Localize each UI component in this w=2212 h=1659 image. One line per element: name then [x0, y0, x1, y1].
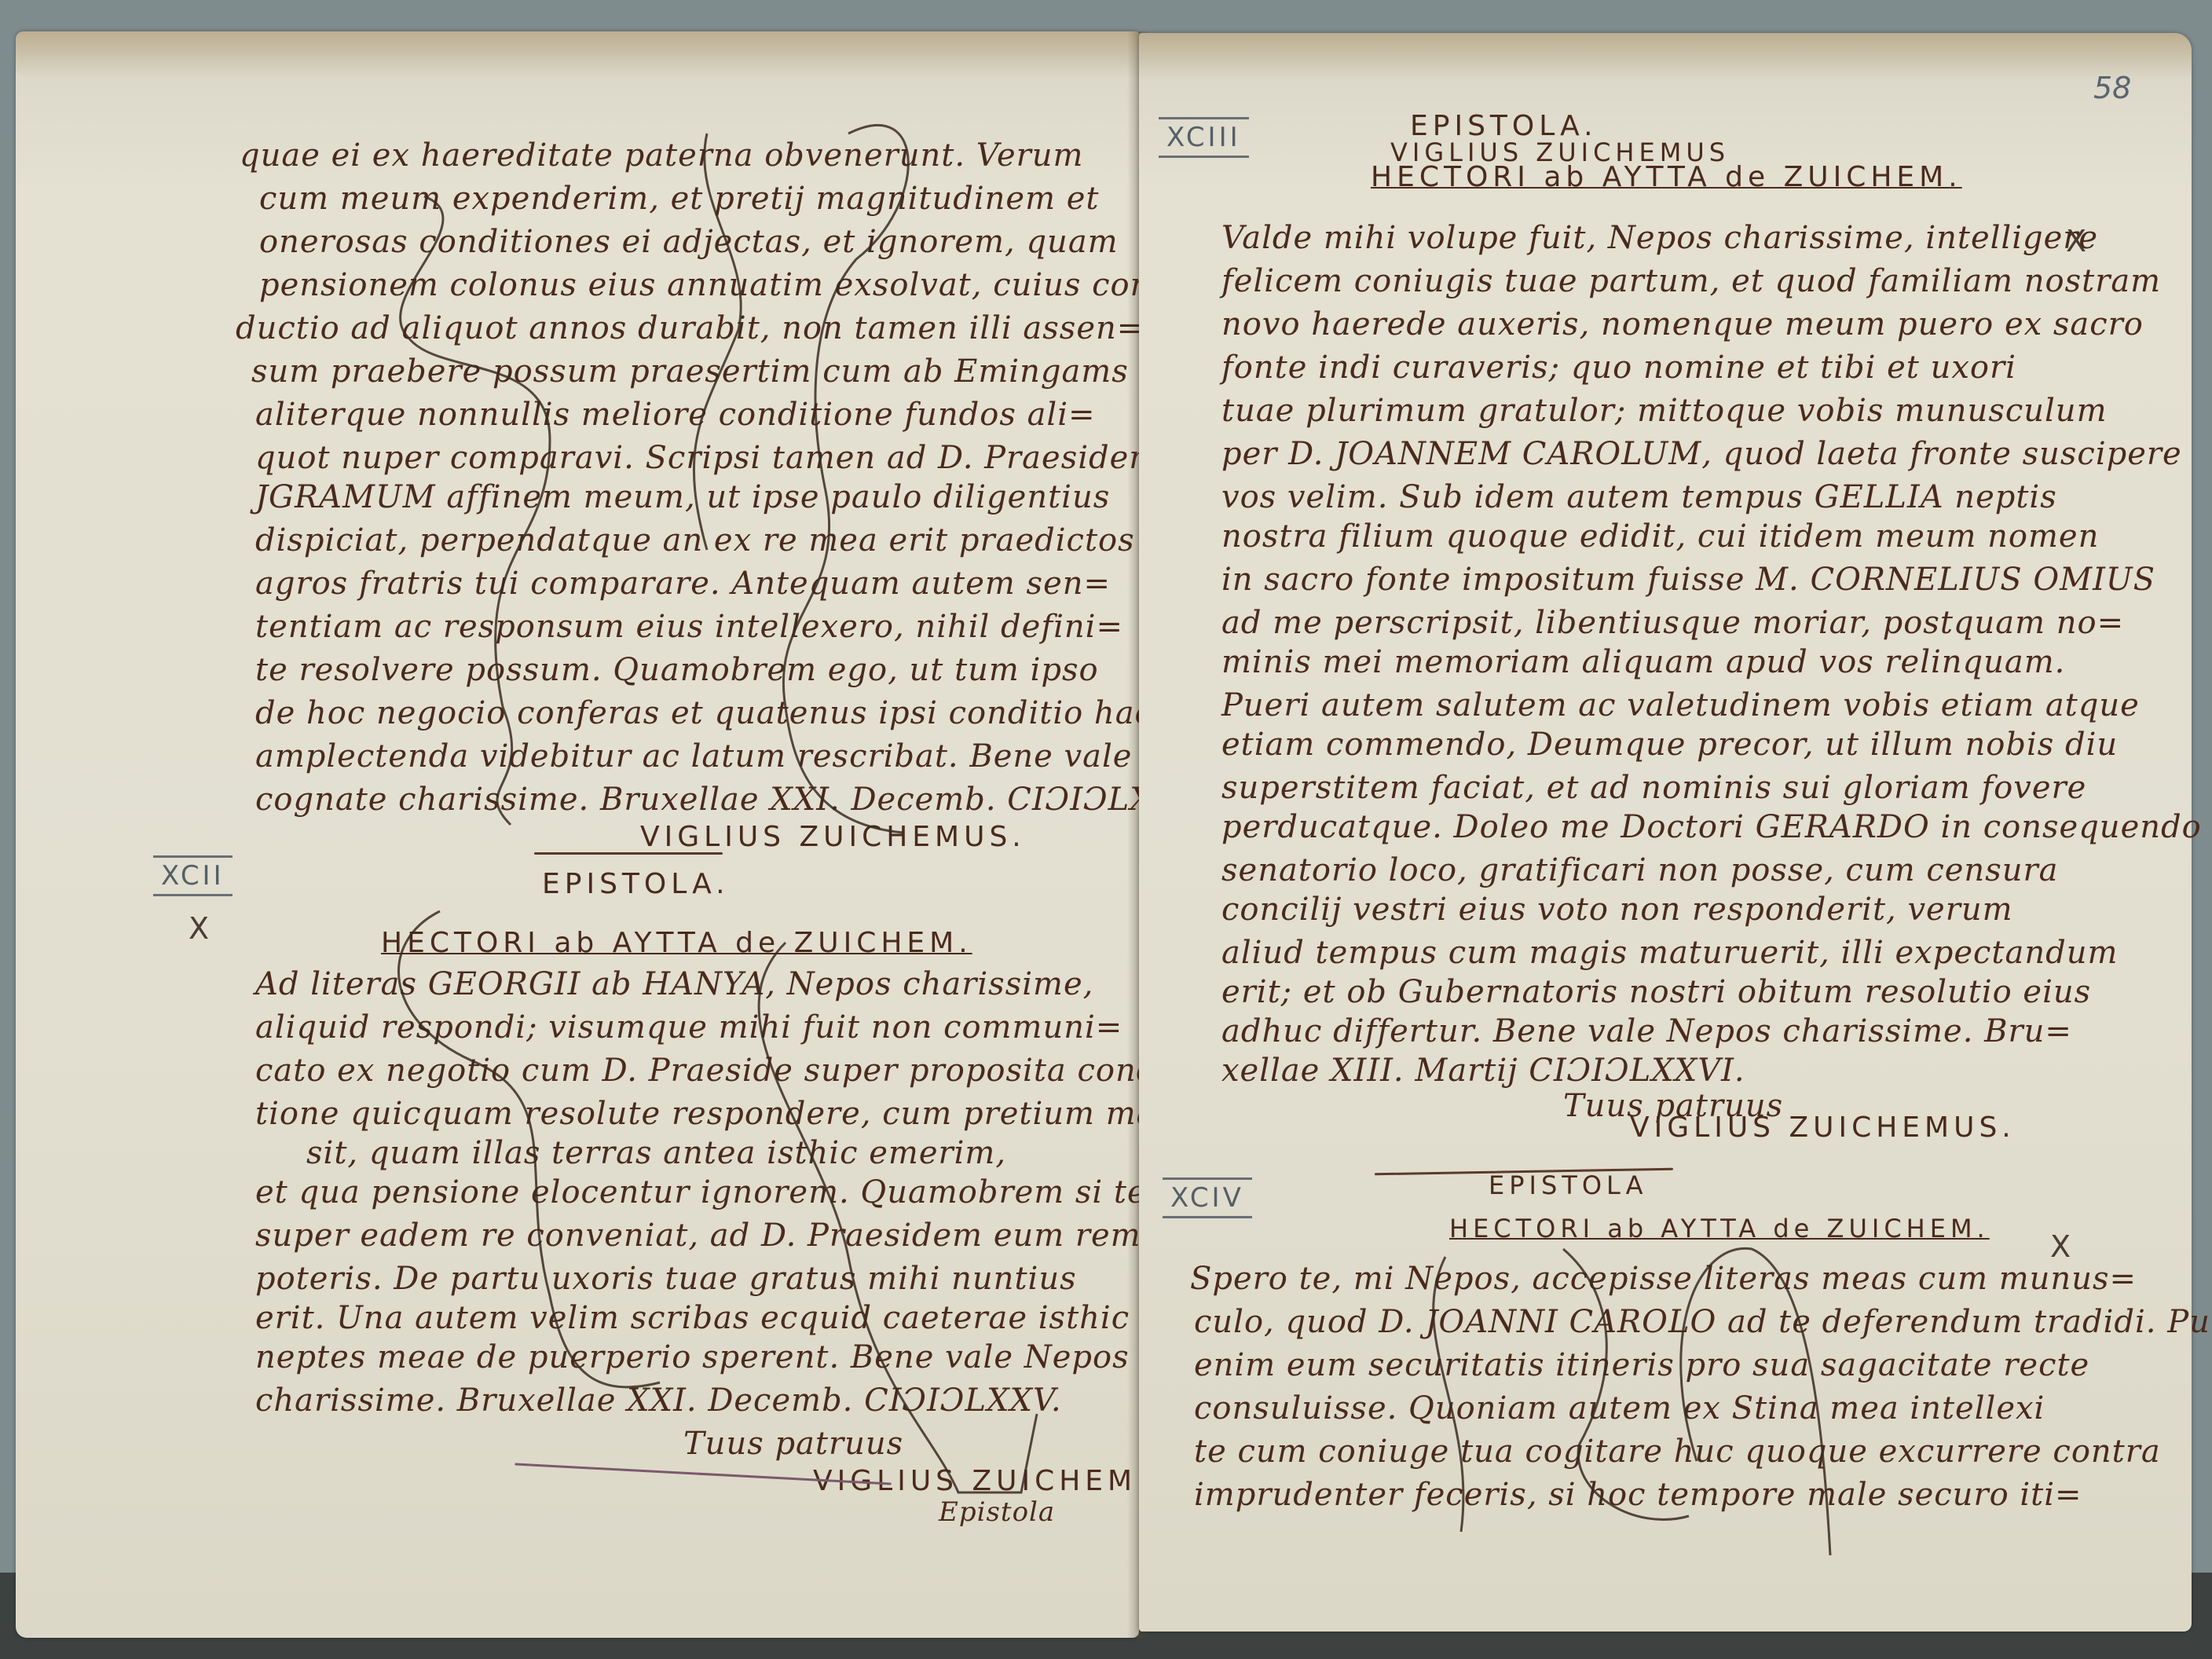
strike-through-curves	[0, 0, 2212, 1659]
